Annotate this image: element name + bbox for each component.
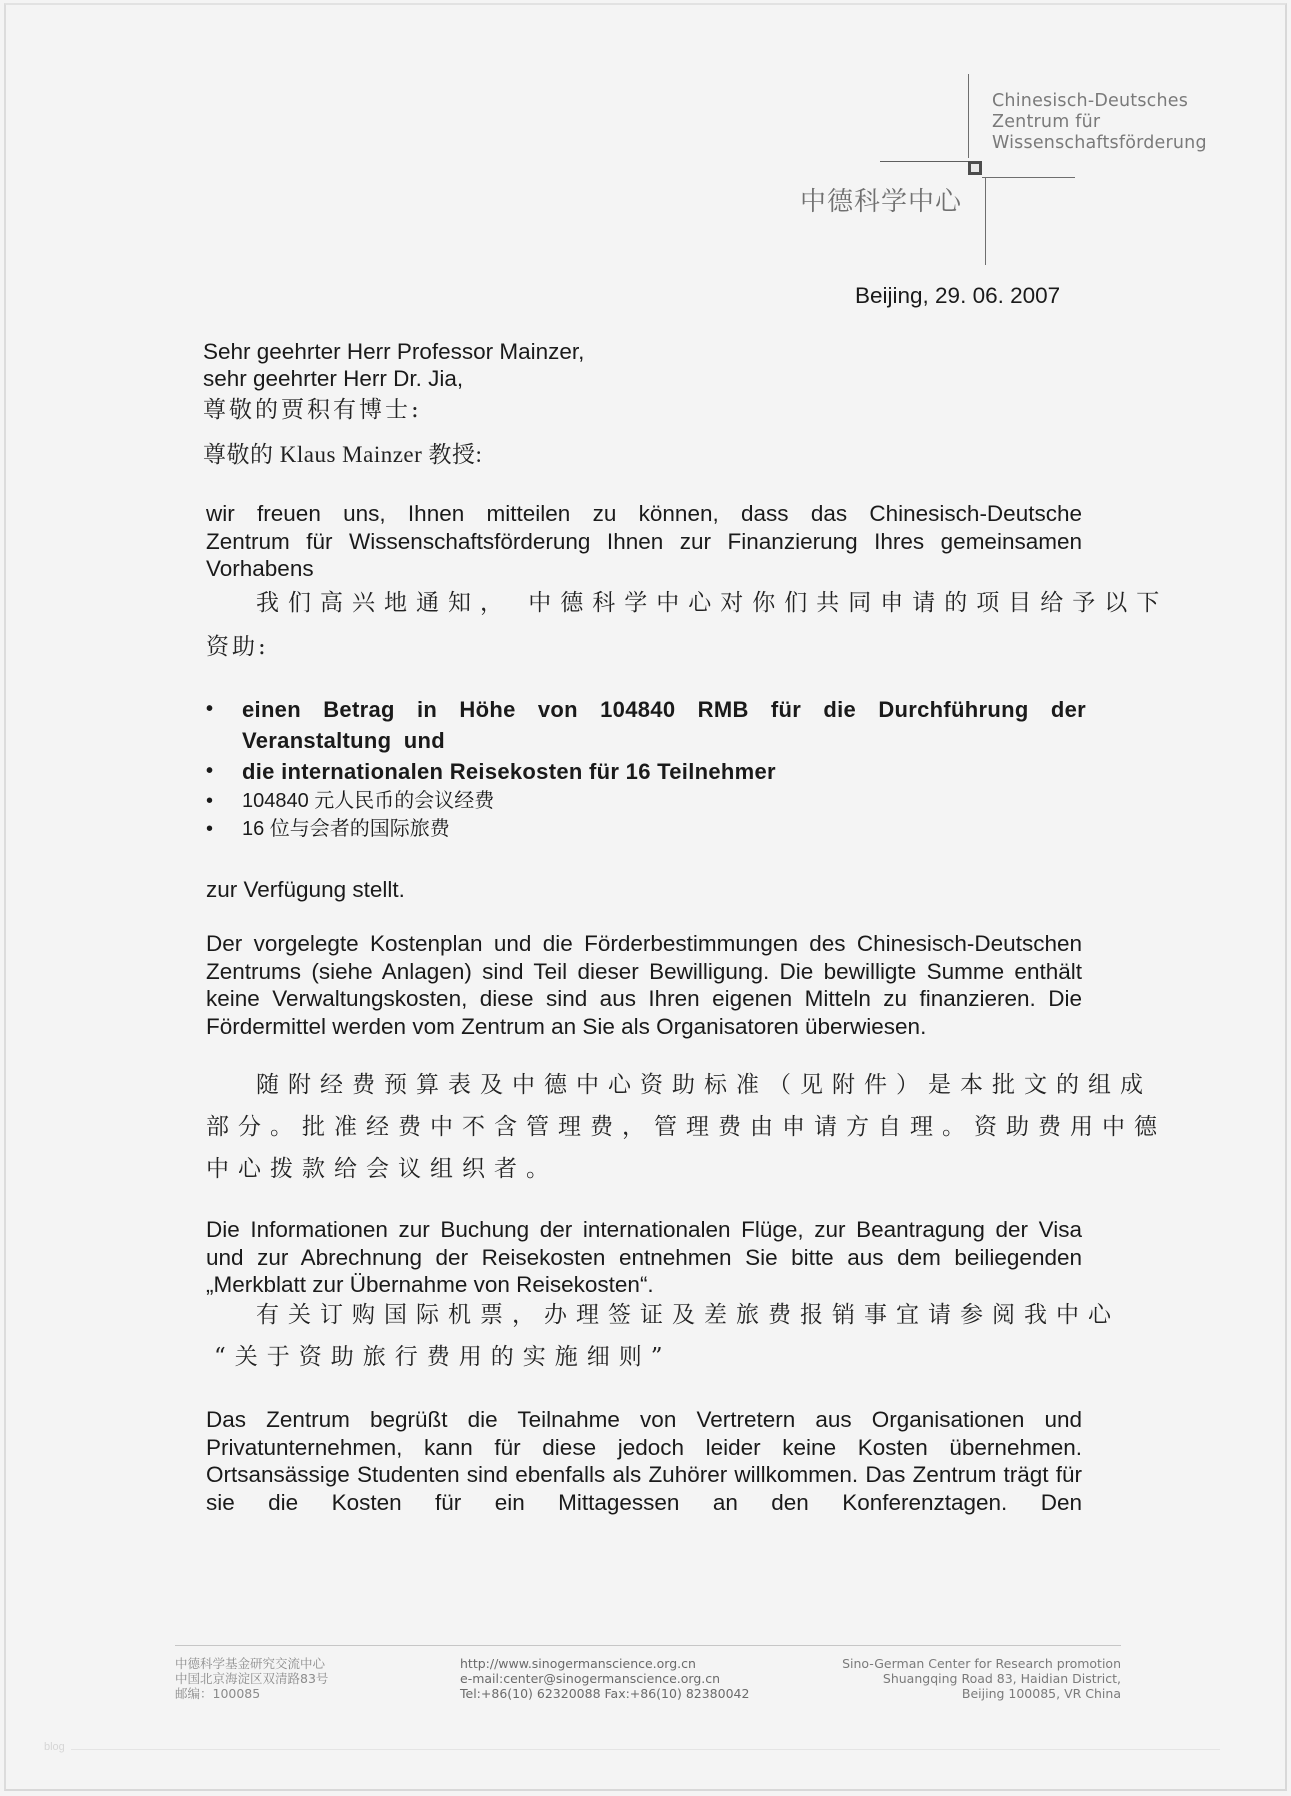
footer-address-en: Sino-German Center for Research promotio… (842, 1656, 1121, 1701)
footer-line: Beijing 100085, VR China (842, 1686, 1121, 1701)
salutation-de-2: sehr geehrter Herr Dr. Jia, (203, 365, 463, 392)
footer-address-cn: 中德科学基金研究交流中心 中国北京海淀区双清路83号 邮编：100085 (175, 1656, 328, 1701)
list-item: 104840 元人民币的会议经费 (206, 787, 1086, 815)
footer-website-link[interactable]: http://www.sinogermanscience.org.cn (460, 1656, 749, 1671)
org-line: Wissenschaftsförderung (992, 133, 1207, 154)
footer-email-link[interactable]: e-mail:center@sinogermanscience.org.cn (460, 1671, 749, 1686)
watermark-text: blog (38, 1741, 71, 1753)
intro-line: Zentrum für Wissenschaftsförderung Ihnen… (206, 528, 1082, 556)
travel-cn-line-2: “关于资助旅行费用的实施细则” (214, 1344, 672, 1371)
page-frame (4, 3, 1287, 1791)
footer-line: 中国北京海淀区双清路83号 (175, 1671, 328, 1686)
letterhead-logo-square-icon (968, 161, 982, 175)
list-item: einen Betrag in Höhe von 104840 RMB für … (206, 694, 1086, 756)
intro-line: wir freuen uns, Ihnen mitteilen zu könne… (206, 500, 1082, 528)
letterhead-org-name-german: Chinesisch-Deutsches Zentrum für Wissens… (992, 91, 1207, 154)
org-line: Zentrum für (992, 112, 1207, 133)
footer-phone-fax: Tel:+86(10) 62320088 Fax:+86(10) 8238004… (460, 1686, 749, 1701)
footer-line: 邮编：100085 (175, 1686, 328, 1701)
costs-cn-line-2: 部分。批准经费中不含管理费，管理费由申请方自理。资助费用中德 (206, 1114, 1166, 1141)
salutation-de-1: Sehr geehrter Herr Professor Mainzer, (203, 338, 584, 365)
footer-line: Sino-German Center for Research promotio… (842, 1656, 1121, 1671)
salutation-cn-2: 尊敬的 Klaus Mainzer 教授: (203, 441, 482, 468)
letterhead-vertical-line-bottom (985, 177, 986, 265)
intro-line: Vorhabens (206, 555, 1082, 583)
footer-line: 中德科学基金研究交流中心 (175, 1656, 328, 1671)
letter-date: Beijing, 29. 06. 2007 (855, 282, 1060, 309)
letterhead-horizontal-line-left (880, 161, 969, 162)
travel-paragraph-de: Die Informationen zur Buchung der intern… (206, 1216, 1082, 1299)
salutation-cn-1: 尊敬的贾积有博士: (203, 397, 422, 424)
costs-paragraph-de: Der vorgelegte Kostenplan und die Förder… (206, 930, 1082, 1040)
participants-paragraph-de: Das Zentrum begrüßt die Teilnahme von Ve… (206, 1406, 1082, 1516)
list-item: die internationalen Reisekosten für 16 T… (206, 756, 1086, 787)
letterhead-org-name-chinese: 中德科学中心 (800, 181, 962, 218)
intro-paragraph-de: wir freuen uns, Ihnen mitteilen zu könne… (206, 500, 1082, 583)
footer-contact: http://www.sinogermanscience.org.cn e-ma… (460, 1656, 749, 1701)
list-item: 16 位与会者的国际旅费 (206, 815, 1086, 843)
letterhead-vertical-line-top (968, 74, 969, 158)
letterhead-horizontal-line-right (982, 177, 1075, 178)
org-line: Chinesisch-Deutsches (992, 91, 1207, 112)
intro-cn-line-1: 我们高兴地通知， 中德科学中心对你们共同申请的项目给予以下 (256, 590, 1168, 617)
intro-cn-line-2: 资助: (206, 634, 269, 661)
costs-cn-line-3: 中心拨款给会议组织者。 (206, 1156, 558, 1183)
closing-line: zur Verfügung stellt. (206, 876, 405, 903)
travel-cn-line-1: 有关订购国际机票，办理签证及差旅费报销事宜请参阅我中心 (256, 1302, 1120, 1329)
watermark-rule (70, 1749, 1220, 1750)
footer-divider (175, 1645, 1121, 1646)
funding-list: einen Betrag in Höhe von 104840 RMB für … (206, 694, 1086, 843)
costs-cn-line-1: 随附经费预算表及中德中心资助标准（见附件）是本批文的组成 (256, 1072, 1152, 1099)
footer-line: Shuangqing Road 83, Haidian District, (842, 1671, 1121, 1686)
